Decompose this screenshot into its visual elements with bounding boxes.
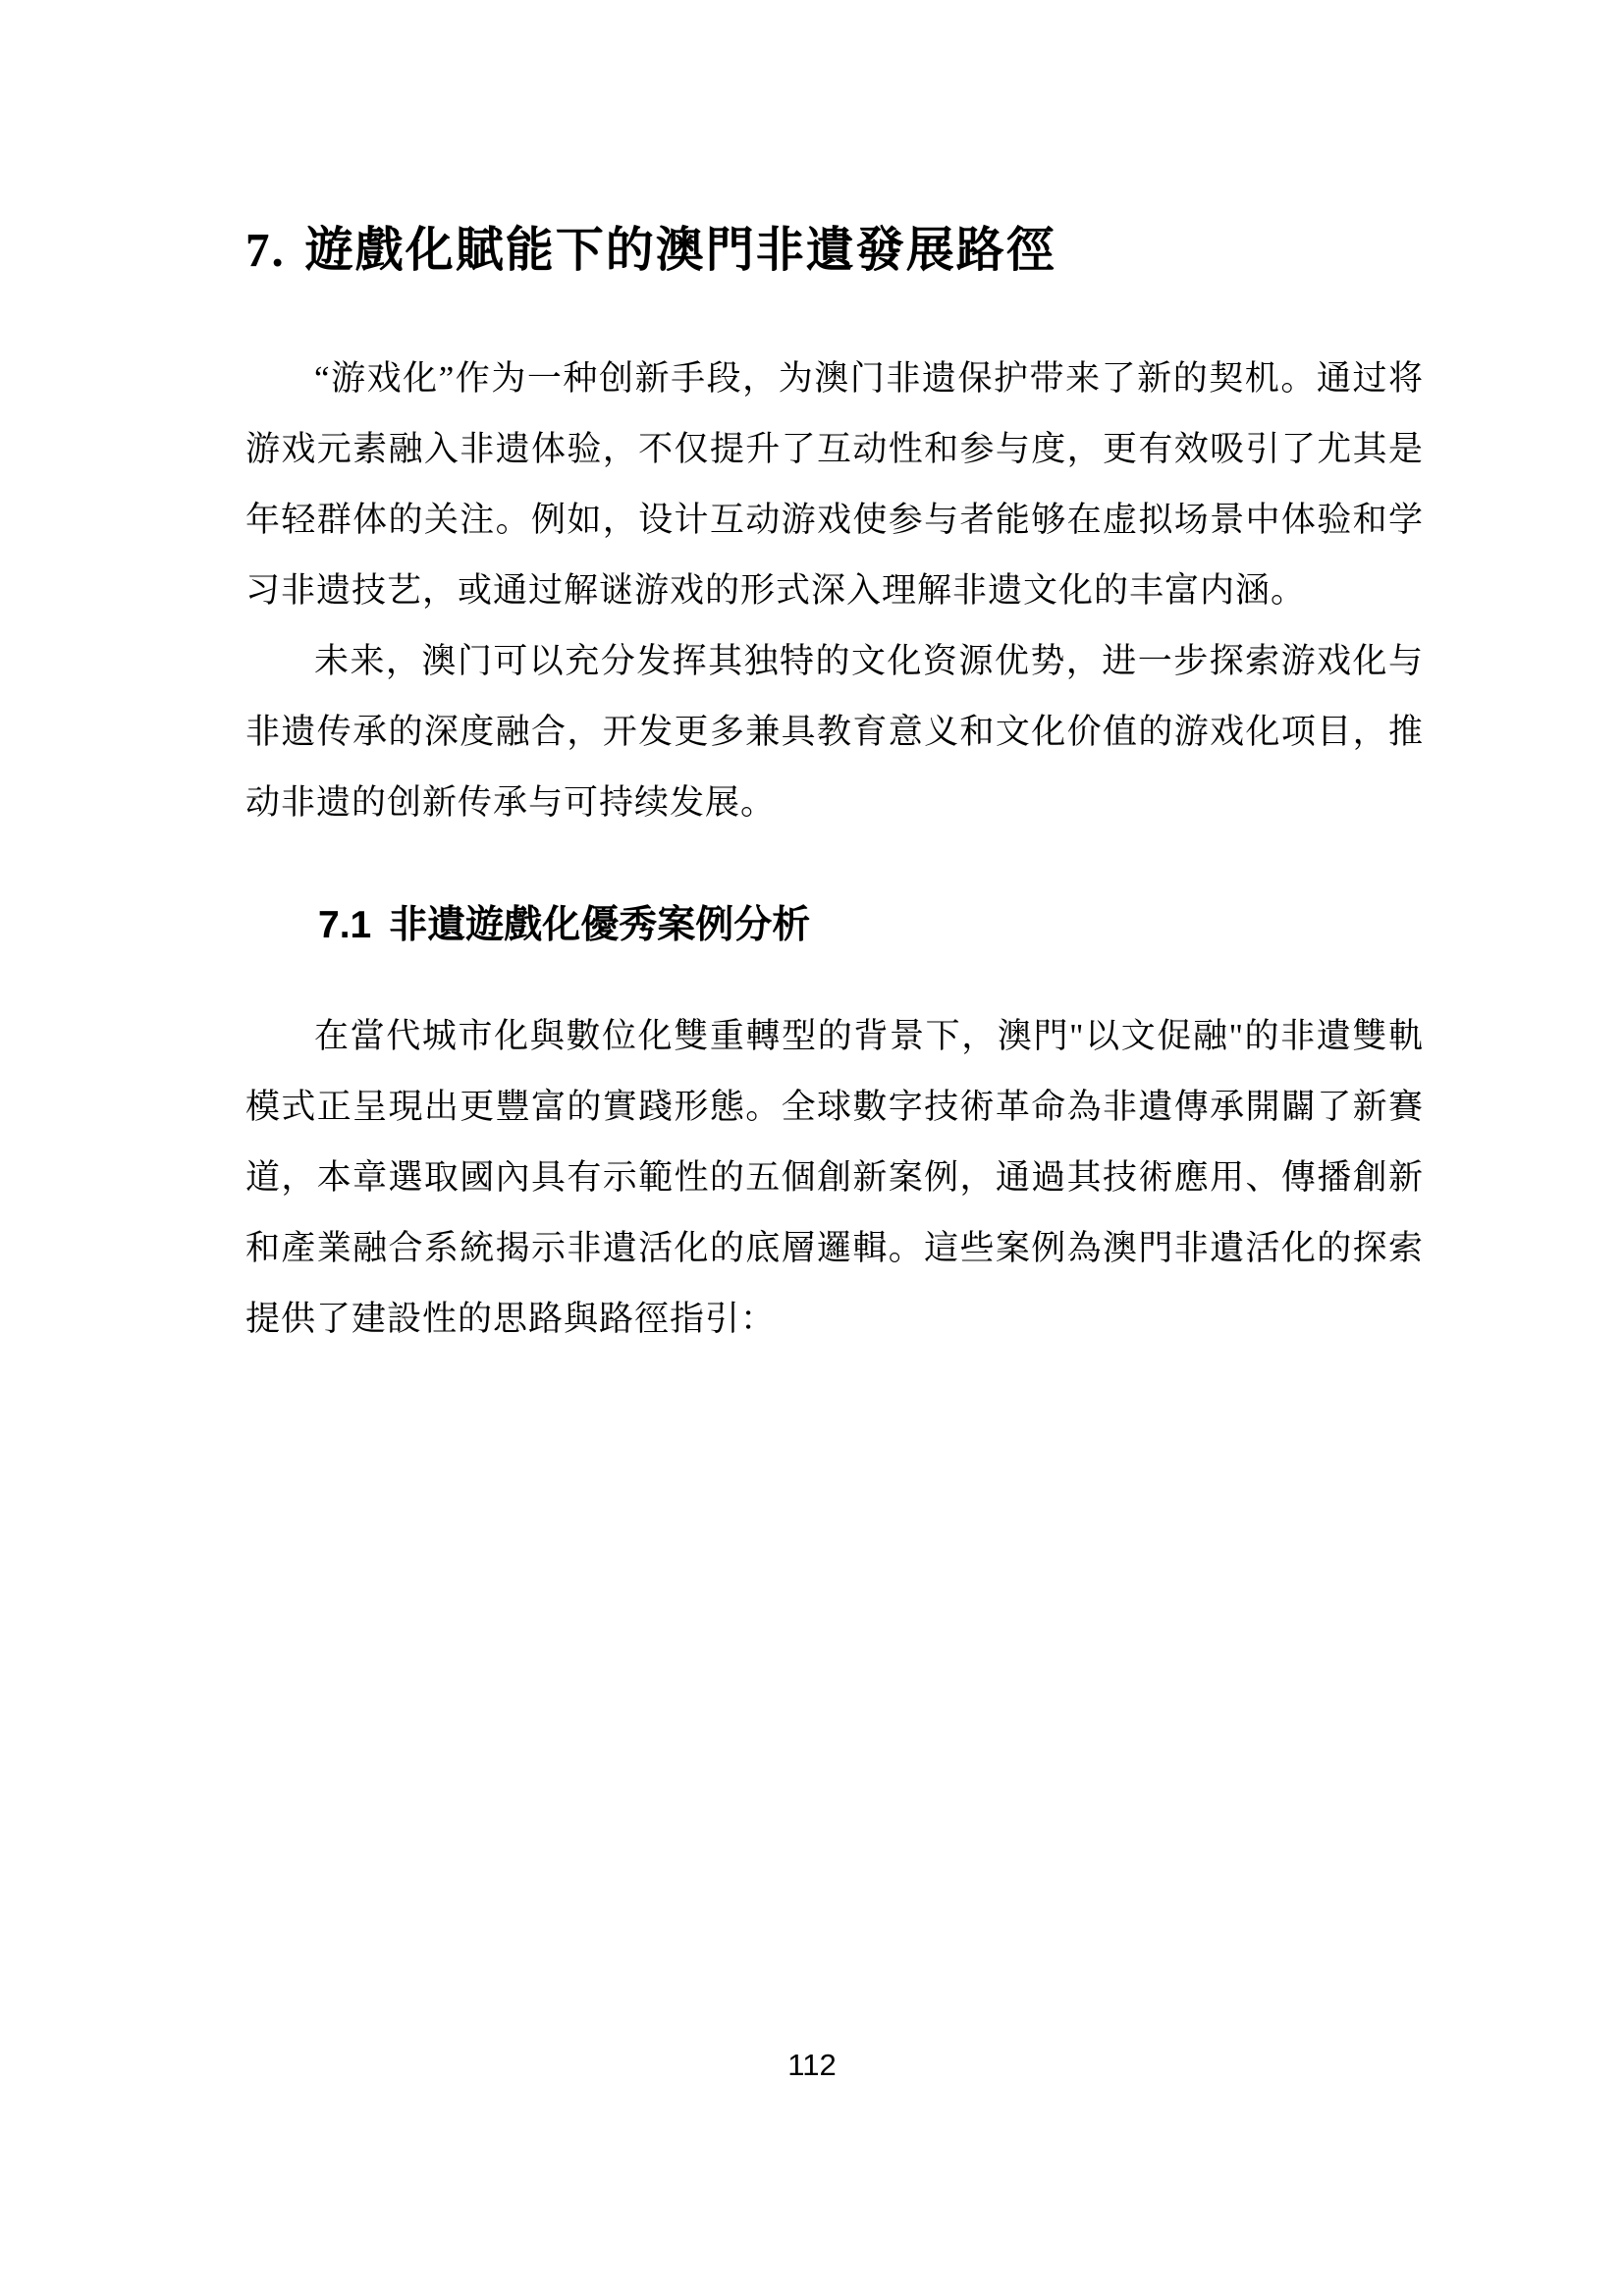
intro-paragraph-2: 未来，澳门可以充分发挥其独特的文化资源优势，进一步探索游戏化与非遗传承的深度融合…: [245, 626, 1424, 838]
page-number: 112: [787, 2048, 836, 2082]
intro-paragraph-1: “游戏化”作为一种创新手段，为澳门非遗保护带来了新的契机。通过将游戏元素融入非遗…: [245, 344, 1424, 626]
section-heading: 7.1非遺遊戲化優秀案例分析: [245, 897, 1424, 954]
page-content: 7.遊戲化賦能下的澳門非遺發展路徑 “游戏化”作为一种创新手段，为澳门非遗保护带…: [245, 220, 1424, 1355]
chapter-number: 7.: [245, 223, 286, 277]
chapter-heading: 7.遊戲化賦能下的澳門非遺發展路徑: [245, 220, 1424, 281]
section-title: 非遺遊戲化優秀案例分析: [389, 904, 810, 946]
section-paragraph-1: 在當代城市化與數位化雙重轉型的背景下，澳門"以文促融"的非遺雙軌模式正呈現出更豐…: [245, 1001, 1424, 1355]
chapter-title: 遊戲化賦能下的澳門非遺發展路徑: [305, 223, 1056, 277]
document-page: 7.遊戲化賦能下的澳門非遺發展路徑 “游戏化”作为一种创新手段，为澳门非遗保护带…: [0, 0, 1624, 2296]
section-number: 7.1: [318, 904, 371, 946]
page-footer: 112: [0, 2048, 1624, 2083]
